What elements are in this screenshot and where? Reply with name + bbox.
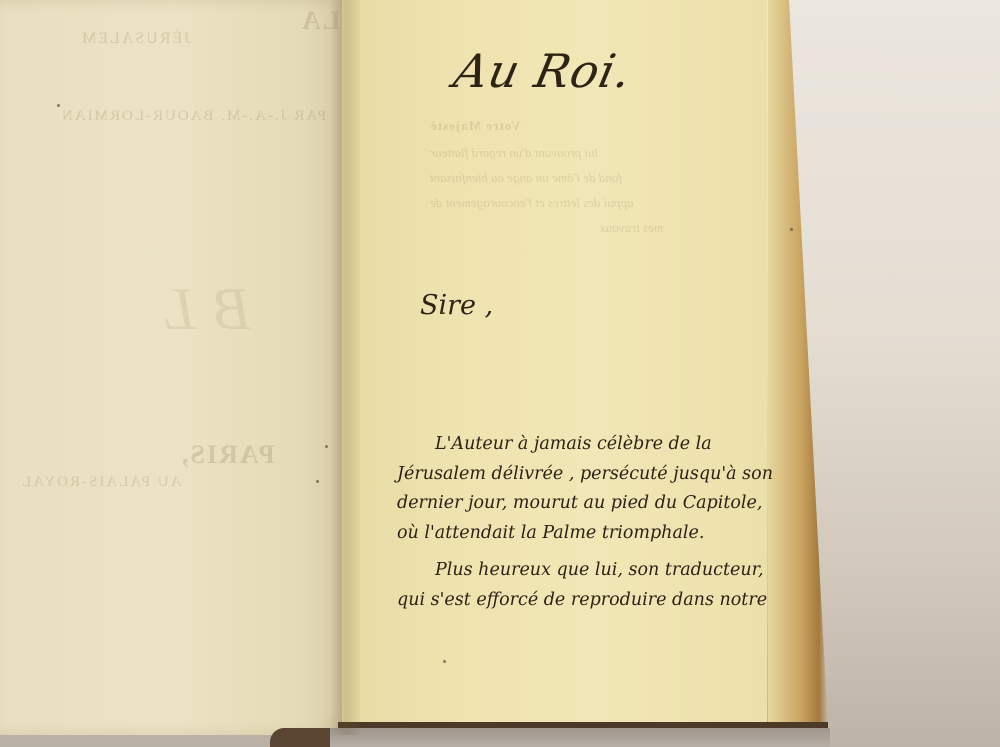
text-line: qui s'est efforcé de reproduire dans not… (397, 586, 742, 616)
bleed-through-monogram: B L (160, 275, 251, 344)
book-cover-corner (270, 728, 330, 747)
bleed-through-text: fond de l'âme un ange au bienfaisant (430, 170, 622, 186)
bleed-through-text: mes travaux (600, 220, 663, 236)
left-page: DE LA JÉRUSALEM PAR J.-A.-M. BAOUR-LORMI… (0, 0, 345, 735)
bleed-through-text: PARIS, (180, 440, 275, 470)
page-bottom-shadow (330, 728, 830, 747)
text-line: Jérusalem délivrée , persécuté jusqu'à s… (397, 460, 742, 490)
bleed-through-text: lui prouvant d'un regard flatteur (430, 145, 598, 161)
text-line: L'Auteur à jamais célèbre de la (397, 430, 742, 460)
speck (443, 660, 446, 663)
text-line: où l'attendait la Palme triomphale. (397, 519, 742, 549)
dedication-title: Au Roi. (449, 44, 637, 98)
bleed-through-text: PAR J.-A.-M. BAOUR-LORMIAN (60, 108, 326, 125)
speck (790, 228, 793, 231)
book-photograph: DE LA JÉRUSALEM PAR J.-A.-M. BAOUR-LORMI… (0, 0, 1000, 747)
speck (57, 104, 60, 107)
dedication-body: L'Auteur à jamais célèbre de la Jérusale… (397, 430, 742, 615)
text-line: dernier jour, mourut au pied du Capitole… (397, 489, 742, 519)
book-gutter (330, 0, 360, 735)
salutation: Sire , (420, 290, 493, 321)
bleed-through-text: Votre Majesté (430, 118, 521, 134)
book-cover-edge (338, 722, 828, 728)
bleed-through-text: JÉRUSALEM (80, 30, 190, 48)
bleed-through-text: appui des lettres et l'encouragement de (430, 195, 633, 211)
text-line: Plus heureux que lui, son traducteur, (397, 556, 742, 586)
speck (325, 445, 328, 448)
speck (316, 480, 319, 483)
bleed-through-text: AU PALAIS-ROYAL (20, 474, 182, 491)
